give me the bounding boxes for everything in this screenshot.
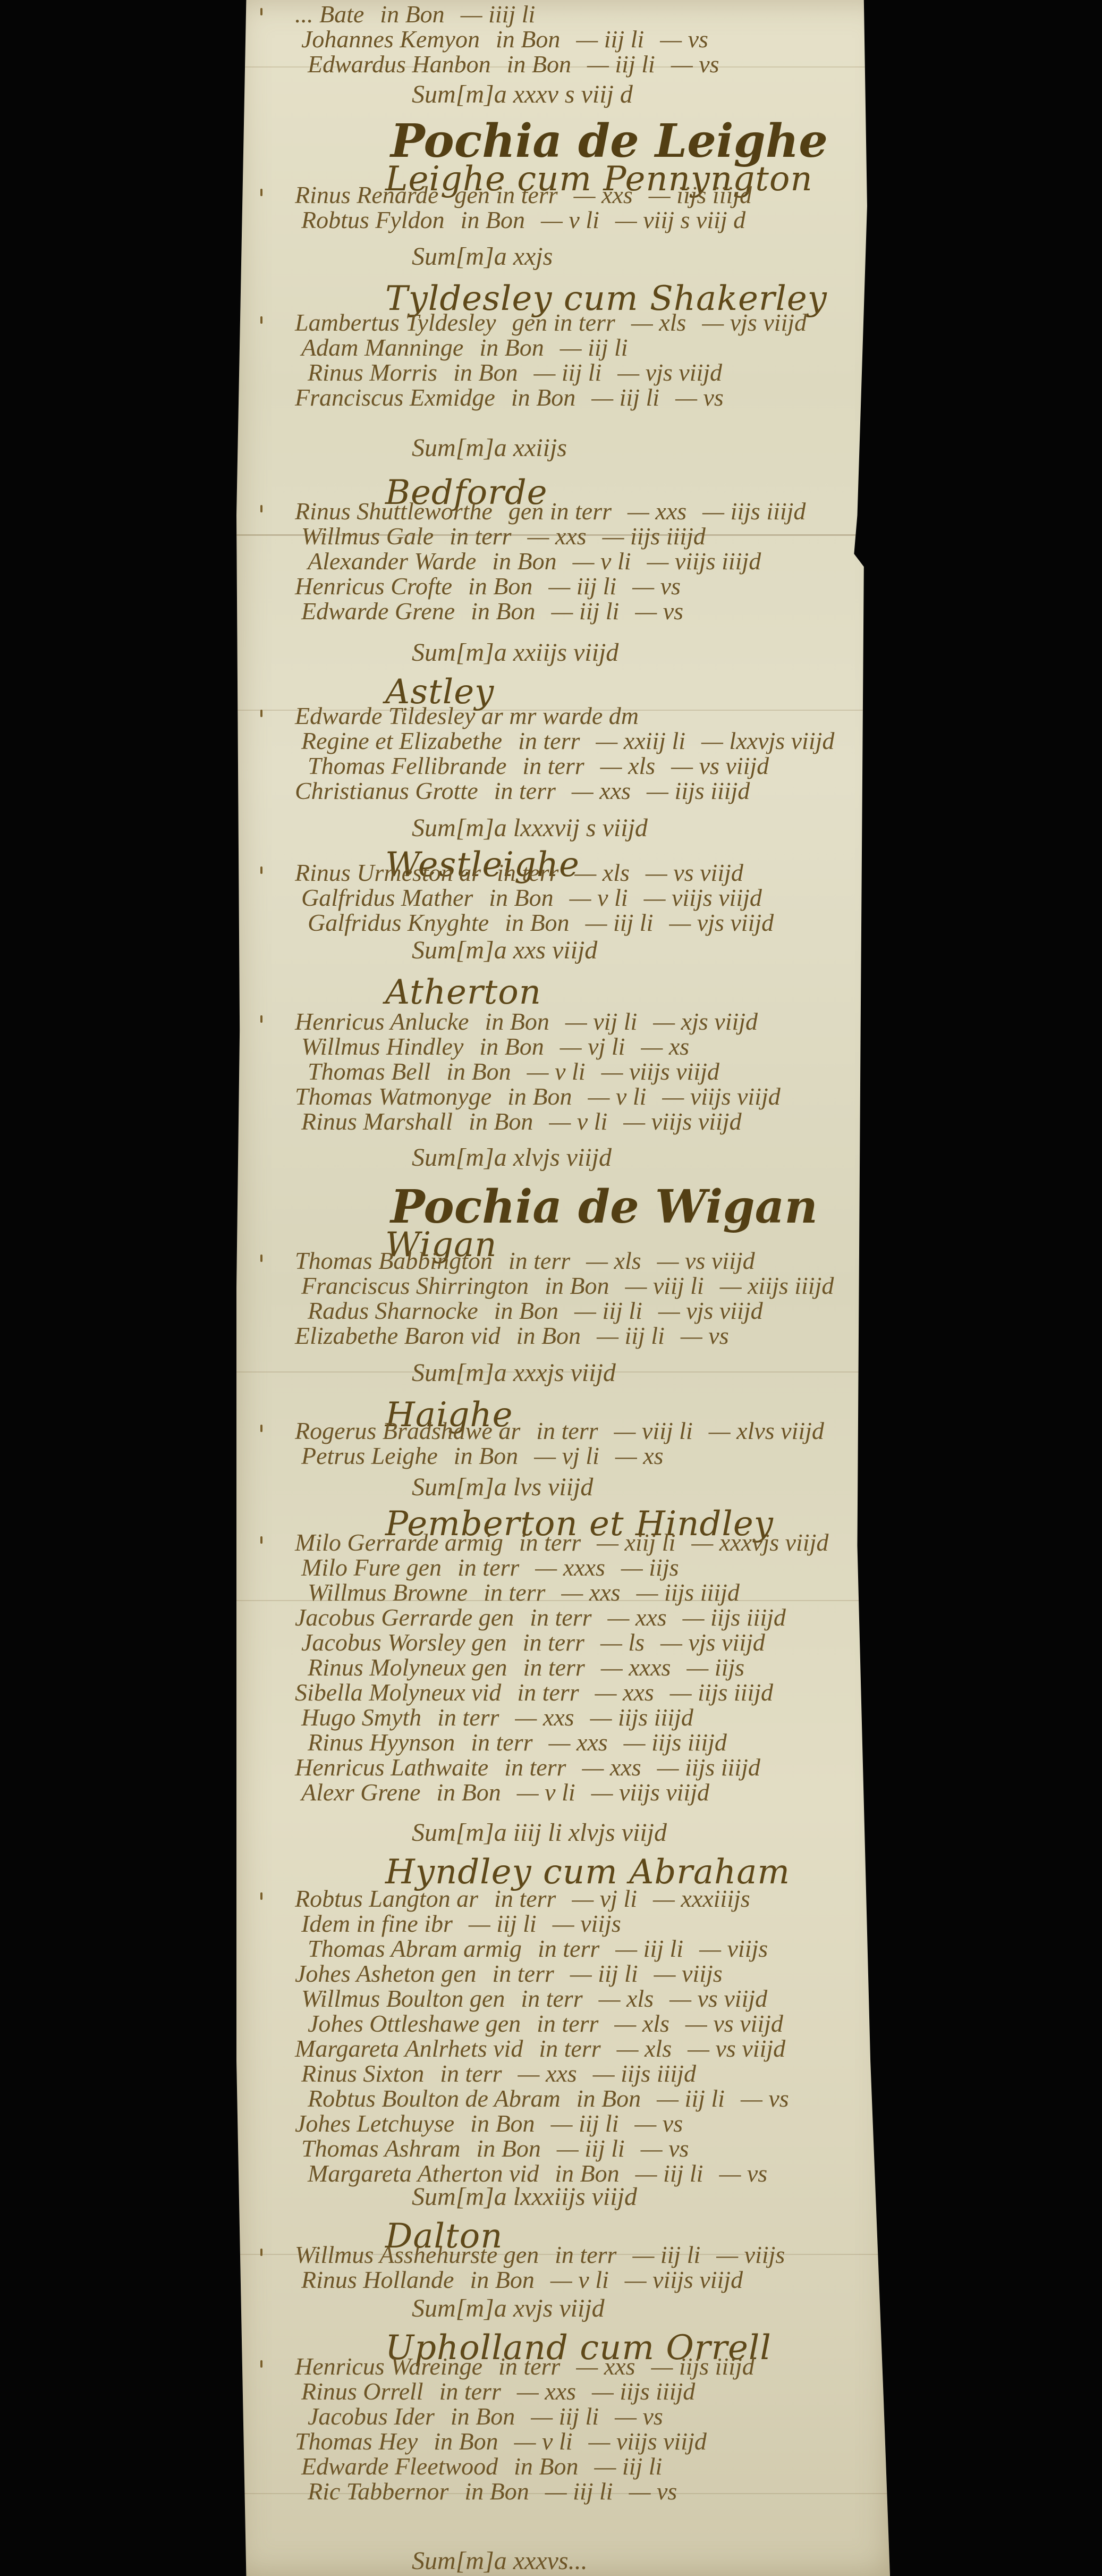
roll-entry: Johes Letchuysein Bon— iij li— vs: [295, 2109, 683, 2137]
assessment-tax: — viijs viijd: [601, 1058, 719, 1085]
taxpayer-name: Henricus Crofte: [295, 573, 452, 600]
township-heading: Atherton: [385, 973, 541, 1012]
assessment-value: — vj li: [534, 1442, 599, 1469]
assessment-value: — iij li: [594, 2453, 662, 2480]
assessment-tax: — viij s viij d: [615, 206, 745, 233]
assessment-assess: in terr: [536, 1417, 598, 1444]
taxpayer-name: Jacobus Worsley gen: [301, 1629, 507, 1656]
taxpayer-name: Rinus Sixton: [301, 2060, 424, 2087]
taxpayer-name: Lambertus Tyldesley: [295, 309, 496, 336]
assessment-value: — iij li: [587, 50, 655, 78]
assessment-assess: in terr: [537, 2010, 598, 2037]
roll-entry: Rinus Marshallin Bon— v li— viijs viijd: [301, 1107, 742, 1135]
roll-entry: Elizabethe Baron vidin Bon— iij li— vs: [295, 1321, 729, 1350]
assessment-assess: in Bon: [469, 1108, 533, 1135]
assessment-tax: — lxxvjs viijd: [701, 727, 834, 754]
assessment-tax: — iijs iiijd: [592, 2378, 695, 2405]
assessment-tax: — xlvs viijd: [709, 1417, 824, 1444]
assessment-value: — iij li: [615, 1935, 683, 1962]
margin-tick-mark: [260, 1015, 262, 1023]
assessment-assess: in terr: [530, 1604, 591, 1631]
section-total: Sum[m]a lxxxiijs viijd: [412, 2182, 637, 2211]
assessment-assess: in terr: [555, 2241, 616, 2268]
taxpayer-name: Rogerus Bradshawe ar: [295, 1417, 520, 1444]
roll-entry: Alexander Wardein Bon— v li— viijs iiijd: [308, 547, 761, 575]
taxpayer-name: ... Bate: [295, 1, 364, 28]
roll-entry: Christianus Grottein terr— xxs— iijs iii…: [295, 777, 750, 805]
taxpayer-name: Alexr Grene: [301, 1779, 420, 1806]
taxpayer-name: Willmus Asshehurste gen: [295, 2241, 539, 2268]
roll-entry: Willmus Brownein terr— xxs— iijs iiijd: [308, 1578, 740, 1606]
assessment-value: — iij li: [576, 26, 644, 53]
taxpayer-name: Edwarde Grene: [301, 597, 455, 625]
assessment-tax: — vjs viijd: [669, 909, 774, 936]
assessment-assess: gen in terr: [508, 498, 612, 525]
taxpayer-name: Petrus Leighe: [301, 1442, 438, 1469]
taxpayer-name: Thomas Babbington: [295, 1247, 493, 1274]
margin-tick-mark: [260, 1892, 262, 1900]
roll-entry: Willmus Asshehurste genin terr— iij li— …: [295, 2241, 785, 2269]
assessment-assess: in terr: [523, 1629, 584, 1656]
assessment-assess: in Bon: [446, 1058, 511, 1085]
roll-entry: Henricus Lathwaitein terr— xxs— iijs iii…: [295, 1753, 760, 1781]
roll-entry: Idem in fine ibr— iij li— viijs: [301, 1909, 621, 1938]
taxpayer-name: Willmus Browne: [308, 1579, 468, 1606]
roll-entry: Milo Gerrarde armigin terr— xiij li— xxx…: [295, 1528, 828, 1556]
assessment-value: — iij li: [597, 1322, 665, 1349]
assessment-value: — xxs: [549, 1729, 608, 1756]
taxpayer-name: Thomas Abram armig: [308, 1935, 522, 1962]
taxpayer-name: Milo Fure gen: [301, 1554, 442, 1581]
assessment-assess: in terr: [437, 1704, 499, 1731]
taxpayer-name: Regine et Elizabethe: [301, 727, 502, 754]
roll-entry: Johes Asheton genin terr— iij li— viijs: [295, 1959, 723, 1988]
margin-tick-mark: [260, 1255, 262, 1262]
assessment-value: — v li: [549, 1108, 607, 1135]
assessment-tax: — iijs iiijd: [593, 2060, 696, 2087]
roll-entry: ... Batein Bon— iiij li: [295, 0, 535, 28]
assessment-value: — iiij li: [461, 1, 536, 28]
roll-entry: Franciscus Exmidgein Bon— iij li— vs: [295, 383, 724, 411]
assessment-tax: — viijs viijd: [591, 1779, 709, 1806]
assessment-value: — iij li: [570, 1960, 638, 1987]
assessment-tax: — xiijs iiijd: [720, 1272, 834, 1299]
margin-tick-mark: [260, 2249, 262, 2256]
taxpayer-name: Henricus Wareinge: [295, 2353, 482, 2380]
assessment-value: — iij li: [545, 2478, 613, 2505]
roll-entry: Petrus Leighein Bon— vj li— xs: [301, 1442, 664, 1470]
assessment-tax: — viijs: [553, 1910, 621, 1937]
assessment-value: — xls: [599, 1985, 654, 2012]
assessment-assess: gen in terr: [454, 181, 557, 208]
roll-entry: Henricus Croftein Bon— iij li— vs: [295, 572, 681, 600]
roll-entry: Rinus Hyynsonin terr— xxs— iijs iiijd: [308, 1728, 727, 1756]
section-total: Sum[m]a iiij li xlvjs viijd: [412, 1818, 667, 1847]
assessment-value: — xls: [600, 752, 656, 779]
taxpayer-name: Johes Ottleshawe gen: [308, 2010, 521, 2037]
assessment-assess: in terr: [498, 2353, 560, 2380]
roll-entry: Robtus Boulton de Abramin Bon— iij li— v…: [308, 2084, 789, 2112]
assessment-assess: in Bon: [454, 1442, 518, 1469]
taxpayer-name: Alexander Warde: [308, 548, 476, 575]
section-total: Sum[m]a xlvjs viijd: [412, 1143, 612, 1172]
assessment-tax: — iijs: [686, 1654, 744, 1681]
taxpayer-name: Johes Letchuyse: [295, 2110, 454, 2137]
assessment-value: — v li: [588, 1083, 647, 1110]
assessment-tax: — vs viijd: [669, 1985, 767, 2012]
taxpayer-name: Willmus Gale: [301, 523, 434, 550]
assessment-tax: — vs: [629, 2478, 677, 2505]
roll-entry: Thomas Abram armigin terr— iij li— viijs: [308, 1934, 768, 1963]
assessment-tax: — iijs iiijd: [657, 1754, 760, 1781]
assessment-tax: — vjs viijd: [660, 1629, 765, 1656]
assessment-assess: in Bon: [545, 1272, 609, 1299]
taxpayer-name: Galfridus Mather: [301, 884, 473, 911]
roll-entry: Edwarde Fleetwoodin Bon— iij li: [301, 2452, 662, 2480]
assessment-assess: in Bon: [485, 1008, 549, 1035]
assessment-assess: in terr: [519, 1529, 581, 1556]
roll-entry: Margareta Anlrhets vidin terr— xls— vs v…: [295, 2034, 785, 2063]
assessment-tax: — vs viijd: [671, 752, 769, 779]
roll-entry: Thomas Heyin Bon— v li— viijs viijd: [295, 2427, 707, 2455]
assessment-tax: — xs: [641, 1033, 689, 1060]
assessment-assess: in Bon: [468, 573, 532, 600]
roll-entry: Franciscus Shirringtonin Bon— viij li— x…: [301, 1272, 834, 1300]
assessment-tax: — iijs iiijd: [647, 777, 750, 804]
assessment-assess: in terr: [457, 1554, 519, 1581]
taxpayer-name: Elizabethe Baron vid: [295, 1322, 501, 1349]
taxpayer-name: Rinus Molyneux gen: [308, 1654, 507, 1681]
roll-entry: Thomas Babbingtonin terr— xls— vs viijd: [295, 1247, 755, 1275]
assessment-assess: in Bon: [511, 384, 575, 411]
assessment-value: — vj li: [572, 1885, 637, 1912]
assessment-tax: — iijs iiijd: [649, 181, 752, 208]
assessment-tax: — vs viijd: [685, 2010, 783, 2037]
section-total: Sum[m]a lxxxvij s viijd: [412, 813, 648, 843]
roll-entry: Ric Tabbernorin Bon— iij li— vs: [308, 2477, 677, 2505]
roll-entry: Edwarde Tildesley ar mr warde dm: [295, 702, 639, 730]
taxpayer-name: Edwardus Hanbon: [308, 50, 491, 78]
section-total: Sum[m]a xxxvs...: [412, 2546, 588, 2575]
assessment-assess: in Bon: [505, 909, 569, 936]
assessment-tax: — vs: [741, 2085, 789, 2112]
assessment-assess: in Bon: [461, 206, 525, 233]
assessment-tax: — vjs viijd: [658, 1297, 763, 1324]
taxpayer-name: Rinus Urmeston ar: [295, 859, 481, 886]
roll-entry: Willmus Boulton genin terr— xls— vs viij…: [301, 1984, 767, 2013]
assessment-value: — iij li: [591, 384, 659, 411]
assessment-assess: in terr: [494, 777, 556, 804]
assessment-value: — v li: [573, 548, 631, 575]
assessment-assess: in terr: [539, 2035, 600, 2062]
section-total: Sum[m]a xvjs viijd: [412, 2294, 605, 2323]
taxpayer-name: Jacobus Gerrarde gen: [295, 1604, 514, 1631]
assessment-tax: — iijs iiijd: [651, 2353, 754, 2380]
roll-entry: Rogerus Bradshawe arin terr— viij li— xl…: [295, 1417, 824, 1445]
assessment-assess: in terr: [508, 1247, 570, 1274]
assessment-tax: — iijs iiijd: [590, 1704, 693, 1731]
assessment-assess: in terr: [497, 859, 558, 886]
roll-entry: Edwarde Grenein Bon— iij li— vs: [301, 597, 683, 625]
taxpayer-name: Rinus Morris: [308, 359, 437, 386]
roll-entry: Thomas Ashramin Bon— iij li— vs: [301, 2134, 689, 2162]
assessment-assess: in Bon: [479, 1033, 544, 1060]
roll-entry: Robtus Fyldonin Bon— v li— viij s viij d: [301, 206, 745, 234]
assessment-tax: — viijs: [654, 1960, 723, 1987]
roll-entry: Robtus Langton arin terr— vj li— xxxiiij…: [295, 1884, 750, 1913]
taxpayer-name: Milo Gerrarde armig: [295, 1529, 503, 1556]
assessment-assess: in Bon: [470, 2266, 534, 2293]
assessment-value: — xxs: [574, 181, 633, 208]
assessment-value: — iij li: [469, 1910, 537, 1937]
assessment-assess: in Bon: [496, 26, 560, 53]
taxpayer-name: Robtus Boulton de Abram: [308, 2085, 561, 2112]
roll-entry: Regine et Elizabethein terr— xxiij li— l…: [301, 727, 834, 755]
taxpayer-name: Willmus Hindley: [301, 1033, 463, 1060]
assessment-value: — vj li: [560, 1033, 625, 1060]
margin-tick-mark: [260, 710, 262, 717]
taxpayer-name: Henricus Anlucke: [295, 1008, 469, 1035]
roll-entry: Willmus Hindleyin Bon— vj li— xs: [301, 1032, 689, 1060]
roll-entry: Sibella Molyneux vidin terr— xxs— iijs i…: [295, 1678, 773, 1706]
assessment-tax: — iijs iiijd: [702, 498, 806, 525]
assessment-tax: — vs: [719, 2160, 767, 2187]
assessment-value: — xxs: [576, 2353, 635, 2380]
roll-entry: Galfridus Knyghtein Bon— iij li— vjs vii…: [308, 908, 774, 937]
assessment-value: — iij li: [574, 1297, 642, 1324]
assessment-value: — xxs: [515, 1704, 574, 1731]
assessment-value: — xxs: [527, 523, 586, 550]
taxpayer-name: Thomas Hey: [295, 2428, 418, 2455]
assessment-tax: — viijs viijd: [625, 2266, 743, 2293]
roll-entry: Johes Ottleshawe genin terr— xls— vs vii…: [308, 2009, 783, 2038]
assessment-assess: in Bon: [507, 50, 571, 78]
assessment-tax: — viijs iiijd: [647, 548, 761, 575]
assessment-tax: — iijs iiijd: [637, 1579, 740, 1606]
assessment-tax: — vs: [641, 2135, 689, 2162]
assessment-assess: in terr: [522, 752, 584, 779]
section-total: Sum[m]a xxxjs viijd: [412, 1358, 616, 1387]
assessment-value: — xxs: [595, 1679, 654, 1706]
roll-entry: Hugo Smythin terr— xxs— iijs iiijd: [301, 1703, 693, 1731]
assessment-value: — v li: [514, 2428, 573, 2455]
margin-tick-mark: [260, 1536, 262, 1544]
assessment-value: — xls: [631, 309, 686, 336]
assessment-value: — xxs: [561, 1579, 620, 1606]
roll-entry: Thomas Bellin Bon— v li— viijs viijd: [308, 1057, 719, 1085]
roll-entry: Willmus Galein terr— xxs— iijs iiijd: [301, 522, 706, 550]
roll-entry: Adam Manningein Bon— iij li: [301, 333, 628, 361]
assessment-assess: in Bon: [577, 2085, 641, 2112]
taxpayer-name: Thomas Watmonyge: [295, 1083, 491, 1110]
assessment-value: — xiij li: [597, 1529, 675, 1556]
roll-entry: Rinus Sixtonin terr— xxs— iijs iiijd: [301, 2059, 696, 2087]
assessment-tax: — vs viijd: [688, 2035, 785, 2062]
margin-tick-mark: [260, 505, 262, 512]
assessment-value: — xxs: [518, 2060, 577, 2087]
taxpayer-name: Robtus Langton ar: [295, 1885, 478, 1912]
roll-entry: Rinus Renardegen in terr— xxs— iijs iiij…: [295, 181, 752, 209]
assessment-tax: — iijs iiijd: [670, 1679, 773, 1706]
assessment-tax: — vs: [615, 2403, 663, 2430]
taxpayer-name: Ric Tabbernor: [308, 2478, 448, 2505]
assessment-value: — v li: [517, 1779, 575, 1806]
assessment-tax: — vs: [635, 597, 683, 625]
assessment-value: — v li: [570, 884, 628, 911]
assessment-assess: in terr: [450, 523, 511, 550]
taxpayer-name: Thomas Bell: [308, 1058, 430, 1085]
taxpayer-name: Christianus Grotte: [295, 777, 478, 804]
assessment-value: — xxs: [572, 777, 631, 804]
roll-entry: Alexr Grenein Bon— v li— viijs viijd: [301, 1778, 709, 1806]
assessment-assess: in Bon: [453, 359, 518, 386]
assessment-value: — xxxs: [601, 1654, 671, 1681]
assessment-tax: — viijs viijd: [662, 1083, 780, 1110]
taxpayer-name: Rinus Hollande: [301, 2266, 454, 2293]
roll-entry: Milo Fure genin terr— xxxs— iijs: [301, 1553, 679, 1581]
taxpayer-name: Rinus Renarde: [295, 181, 438, 208]
assessment-value: — ls: [600, 1629, 645, 1656]
assessment-value: — iij li: [635, 2160, 703, 2187]
assessment-assess: in Bon: [514, 2453, 578, 2480]
assessment-assess: in terr: [439, 2378, 501, 2405]
assessment-assess: in Bon: [380, 1, 444, 28]
assessment-assess: in terr: [471, 1729, 532, 1756]
roll-entry: Rinus Morrisin Bon— iij li— vjs viijd: [308, 358, 722, 386]
assessment-assess: in Bon: [479, 334, 544, 361]
assessment-value: — iij li: [548, 573, 616, 600]
section-total: Sum[m]a lvs viijd: [412, 1472, 593, 1502]
assessment-assess: in terr: [521, 1985, 582, 2012]
parchment-scroll: ... Batein Bon— iiij liJohannes Kemyonin…: [236, 0, 890, 2576]
taxpayer-name: Radus Sharnocke: [308, 1297, 478, 1324]
roll-content: ... Batein Bon— iiij liJohannes Kemyonin…: [236, 0, 890, 2576]
roll-entry: Jacobus Gerrarde genin terr— xxs— iijs i…: [295, 1603, 786, 1631]
taxpayer-name: Edwarde Tildesley ar mr warde dm: [295, 702, 639, 729]
roll-entry: Rinus Shuttleworthegen in terr— xxs— iij…: [295, 497, 806, 525]
taxpayer-name: Thomas Ashram: [301, 2135, 461, 2162]
assessment-tax: — vs: [681, 1322, 729, 1349]
assessment-tax: — vs: [632, 573, 681, 600]
roll-entry: Radus Sharnockein Bon— iij li— vjs viijd: [308, 1297, 763, 1325]
taxpayer-name: Willmus Boulton gen: [301, 1985, 505, 2012]
assessment-value: — iij li: [552, 597, 620, 625]
taxpayer-name: Thomas Fellibrande: [308, 752, 506, 779]
assessment-tax: — viijs viijd: [644, 884, 762, 911]
assessment-tax: — vs: [634, 2110, 683, 2137]
taxpayer-name: Edwarde Fleetwood: [301, 2453, 498, 2480]
assessment-assess: in Bon: [477, 2135, 541, 2162]
assessment-tax: — iijs iiijd: [603, 523, 706, 550]
assessment-value: — xxxs: [535, 1554, 605, 1581]
taxpayer-name: Franciscus Shirrington: [301, 1272, 529, 1299]
assessment-tax: — vs viijd: [657, 1247, 755, 1274]
assessment-value: — xls: [617, 2035, 672, 2062]
assessment-value: — xxs: [517, 2378, 576, 2405]
assessment-tax: — viijs viijd: [589, 2428, 707, 2455]
assessment-tax: — xxxvjs viijd: [691, 1529, 828, 1556]
section-total: Sum[m]a xxs viijd: [412, 936, 597, 965]
assessment-assess: in terr: [504, 1754, 566, 1781]
taxpayer-name: Hugo Smyth: [301, 1704, 421, 1731]
assessment-value: — viij li: [614, 1417, 693, 1444]
assessment-assess: in terr: [494, 1885, 556, 1912]
assessment-tax: — iijs iiijd: [624, 1729, 727, 1756]
assessment-tax: — xs: [615, 1442, 664, 1469]
assessment-assess: in Bon: [489, 884, 553, 911]
assessment-value: — iij li: [657, 2085, 725, 2112]
taxpayer-name: Margareta Anlrhets vid: [295, 2035, 523, 2062]
taxpayer-name: Franciscus Exmidge: [295, 384, 495, 411]
assessment-value: — iij li: [586, 909, 654, 936]
assessment-value: — iij li: [533, 359, 601, 386]
roll-entry: Henricus Wareingein terr— xxs— iijs iiij…: [295, 2352, 755, 2380]
assessment-assess: in terr: [493, 1960, 554, 1987]
margin-tick-mark: [260, 8, 262, 15]
assessment-value: — v li: [550, 2266, 609, 2293]
roll-entry: Johannes Kemyonin Bon— iij li— vs: [301, 25, 708, 53]
roll-entry: Thomas Watmonygein Bon— v li— viijs viij…: [295, 1082, 781, 1110]
assessment-assess: in terr: [440, 2060, 502, 2087]
assessment-tax: — xjs viijd: [653, 1008, 758, 1035]
assessment-assess: in Bon: [434, 2428, 498, 2455]
assessment-assess: in terr: [538, 1935, 599, 1962]
assessment-assess: in Bon: [470, 2110, 535, 2137]
roll-entry: Jacobus Iderin Bon— iij li— vs: [308, 2402, 663, 2430]
assessment-tax: — vs: [671, 50, 719, 78]
assessment-tax: — viijs: [716, 2241, 785, 2268]
assessment-tax: — vs: [675, 384, 724, 411]
assessment-assess: gen in terr: [512, 309, 615, 336]
assessment-value: — xxiij li: [596, 727, 685, 754]
roll-entry: Rinus Orrellin terr— xxs— iijs iiijd: [301, 2377, 695, 2405]
section-total: Sum[m]a xxiijs viijd: [412, 638, 618, 667]
roll-entry: Rinus Urmeston arin terr— xls— vs viijd: [295, 858, 743, 887]
section-total: Sum[m]a xxjs: [412, 242, 553, 271]
assessment-assess: in terr: [517, 1679, 579, 1706]
taxpayer-name: Sibella Molyneux vid: [295, 1679, 501, 1706]
assessment-value: — iij li: [560, 334, 628, 361]
margin-tick-mark: [260, 866, 262, 874]
roll-entry: Edwardus Hanbonin Bon— iij li— vs: [308, 50, 719, 78]
assessment-assess: in terr: [518, 727, 580, 754]
taxpayer-name: Adam Manninge: [301, 334, 463, 361]
assessment-value: — xls: [574, 859, 630, 886]
assessment-assess: in terr: [484, 1579, 545, 1606]
taxpayer-name: Rinus Hyynson: [308, 1729, 455, 1756]
taxpayer-name: Jacobus Ider: [308, 2403, 435, 2430]
assessment-assess: in Bon: [492, 548, 556, 575]
roll-entry: Rinus Hollandein Bon— v li— viijs viijd: [301, 2266, 743, 2294]
assessment-value: — iij li: [557, 2135, 625, 2162]
assessment-assess: in Bon: [464, 2478, 529, 2505]
assessment-value: — xls: [614, 2010, 669, 2037]
taxpayer-name: Rinus Marshall: [301, 1108, 453, 1135]
assessment-tax: — viijs viijd: [623, 1108, 741, 1135]
margin-tick-mark: [260, 189, 262, 196]
assessment-tax: — vs: [660, 26, 708, 53]
assessment-tax: — vjs viijd: [617, 359, 722, 386]
assessment-assess: in Bon: [436, 1779, 501, 1806]
assessment-assess: in terr: [523, 1654, 585, 1681]
assessment-tax: — iijs iiijd: [683, 1604, 786, 1631]
assessment-value: — xxs: [582, 1754, 641, 1781]
assessment-value: — iij li: [531, 2403, 599, 2430]
assessment-assess: in Bon: [451, 2403, 515, 2430]
roll-entry: Rinus Molyneux genin terr— xxxs— iijs: [308, 1653, 744, 1681]
section-total: Sum[m]a xxiijs: [412, 433, 567, 462]
assessment-tax: — viijs: [699, 1935, 768, 1962]
